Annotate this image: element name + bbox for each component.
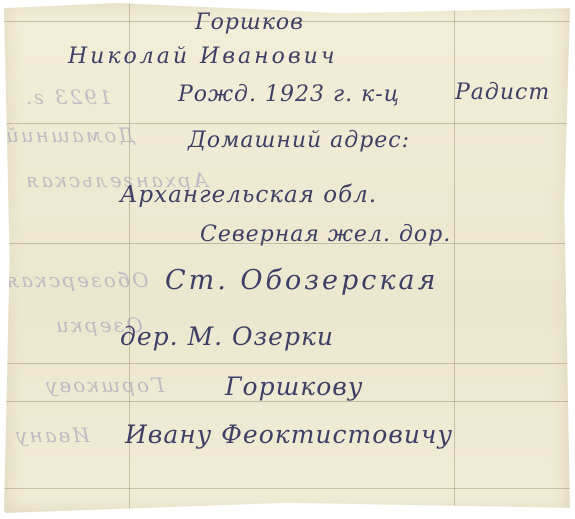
bleed-through-text: Горшкову — [44, 373, 164, 397]
fold-line — [4, 488, 570, 489]
fold-line — [4, 363, 570, 364]
bleed-through-text: Ивану — [14, 423, 90, 447]
name-line: Николай Иванович — [68, 44, 338, 69]
recipient-name-line: Ивану Феоктистовичу — [125, 420, 453, 449]
fold-line — [4, 401, 570, 402]
bleed-through-text: Домашний — [4, 123, 135, 147]
railway-line: Северная жел. дор. — [200, 222, 451, 247]
bleed-through-text: Обозерская — [4, 268, 149, 292]
station-line: Ст. Обозерская — [165, 265, 439, 296]
surname-line: Горшков — [195, 10, 304, 35]
bleed-through-text: 1923 г. — [24, 85, 112, 109]
recipient-surname-line: Горшкову — [225, 372, 363, 401]
village-line: дер. М. Озерки — [120, 322, 334, 351]
address-label-line: Домашний адрес: — [188, 128, 410, 153]
role-line: Радист — [455, 80, 550, 105]
region-line: Архангельская обл. — [120, 182, 377, 208]
birth-line: Рожд. 1923 г. к-ц — [178, 82, 400, 107]
